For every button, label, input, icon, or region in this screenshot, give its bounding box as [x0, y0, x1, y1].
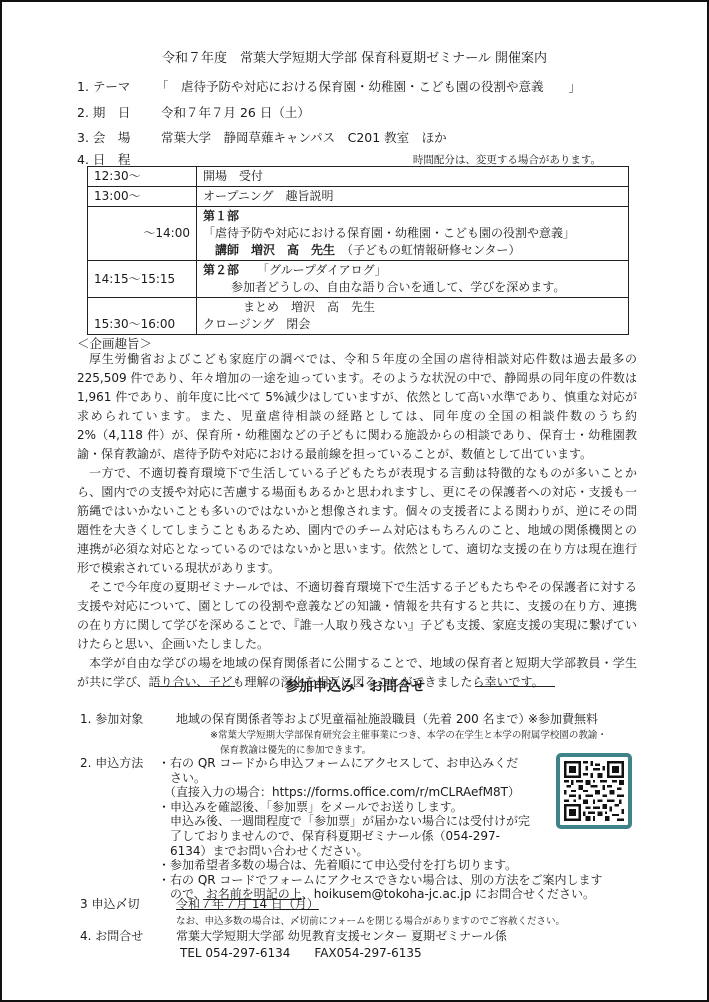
part-2-title: 「グループダイアログ」: [263, 263, 387, 277]
schedule-row-2: 13:00～ オープニング 趣旨説明: [88, 187, 629, 207]
method-line: ・右の QR コードでフォームにアクセスできない場合は、別の方法をご案内します: [158, 873, 602, 888]
method-line-url[interactable]: （直接入力の場合：https://forms.office.com/r/mCLR…: [158, 785, 602, 800]
schedule-time: 12:30～: [88, 167, 197, 187]
qr-code[interactable]: [556, 753, 632, 829]
page-title: 令和７年度 常葉大学短期大学部 保育科夏期ゼミナール 開催案内: [0, 47, 709, 66]
purpose-paragraph: そこで今年度の夏期ゼミナールでは、不適切養育環境下で生活する子どもたちやその保護…: [77, 578, 637, 654]
purpose-paragraph: 一方で、不適切養育環境下で生活している子どもたちが表現する言動は特徴的なものが多…: [77, 464, 637, 578]
method-label: 2. 申込方法: [80, 756, 143, 771]
target-fee: ※参加費無料: [528, 712, 598, 727]
schedule-time: 13:00～: [88, 187, 197, 207]
part-1-lecturer-line: 講師 増沢 高 先生 （子どもの虹情報研修センター）: [203, 242, 622, 259]
purpose-body: 厚生労働省およびこども家庭庁の調べでは、令和５年度の全国の虐待相談対応件数は過去…: [77, 350, 637, 692]
target-value: 地域の保育関係者等および児童福祉施設職員（先着 200 名まで）: [176, 712, 531, 727]
schedule-content: 開場 受付: [197, 167, 629, 187]
schedule-content: 第１部 「虐待予防や対応における保育園・幼稚園・こども園の役割や意義」 講師 増…: [197, 207, 629, 261]
schedule-time: 14:15～15:15: [88, 261, 197, 298]
lecturer-name: 講師 増沢 高 先生: [215, 243, 335, 257]
contact-label: 4. お問合せ: [80, 929, 143, 944]
schedule-row-4: 14:15～15:15 第２部 「グループダイアログ」 参加者どうしの、自由な語…: [88, 261, 629, 298]
method-line: さい。: [158, 771, 602, 786]
schedule-note: 時間配分は、変更する場合があります。: [413, 152, 601, 167]
target-note-1: ※常葉大学短期大学部保育研究会主催事業につき、本学の在学生と本学の附属学校園の教…: [210, 728, 607, 743]
contact-email[interactable]: 、hoikusem@tokoha-jc.ac.jp にお問合せください。: [302, 887, 595, 901]
schedule-row-5: 15:30～16:00 まとめ 増沢 高 先生 クロージング 閉会: [88, 298, 629, 335]
schedule-row-3: ～14:00 第１部 「虐待予防や対応における保育園・幼稚園・こども園の役割や意…: [88, 207, 629, 261]
schedule-row-1: 12:30～ 開場 受付: [88, 167, 629, 187]
date-row: 2. 期 日 令和７年７月 26 日（土）: [77, 103, 310, 121]
closing-line: クロージング 閉会: [203, 316, 622, 333]
application-heading-text: 参加申込み・お問合せ: [285, 676, 425, 696]
part-1-title: 「虐待予防や対応における保育園・幼稚園・こども園の役割や意義」: [203, 225, 622, 242]
part-1-label: 第１部: [203, 208, 622, 225]
application-section-heading: 参加申込み・お問合せ: [155, 676, 555, 696]
contact-phones: TEL 054-297-6134 FAX054-297-6135: [180, 946, 422, 961]
schedule-table: 12:30～ 開場 受付 13:00～ オープニング 趣旨説明 ～14:00 第…: [87, 166, 629, 335]
method-line: ・右の QR コードから申込フォームにアクセスして、お申込みくだ: [158, 756, 602, 771]
target-label: 1. 参加対象: [80, 712, 143, 727]
venue-row: 3. 会 場 常葉大学 静岡草薙キャンパス C201 教室 ほか: [77, 128, 447, 146]
venue-value: 常葉大学 静岡草薙キャンパス C201 教室 ほか: [161, 130, 447, 145]
theme-label: 1. テーマ: [77, 77, 152, 95]
method-line: ・参加希望者多数の場合は、先着順にて申込受付を打ち切ります。: [158, 858, 602, 873]
date-value: 令和７年７月 26 日（土）: [161, 105, 310, 120]
schedule-content: 第２部 「グループダイアログ」 参加者どうしの、自由な語り合いを通して、学びを深…: [197, 261, 629, 298]
deadline-note: なお、申込多数の場合は、〆切前にフォームを閉じる場合がありますのでご容赦ください…: [176, 914, 565, 929]
venue-label: 3. 会 場: [77, 128, 157, 146]
part-2-description: 参加者どうしの、自由な語り合いを通して、学びを深めます。: [203, 279, 622, 296]
method-line: ・申込みを確認後、「参加票」をメールでお送りします。: [158, 800, 602, 815]
heading-rule-left: [155, 686, 235, 687]
method-body: ・右の QR コードから申込フォームにアクセスして、お申込みくだ さい。 （直接…: [158, 756, 602, 902]
part-2-label: 第２部: [203, 263, 239, 277]
schedule-time: ～14:00: [88, 207, 197, 261]
contact-organization: 常葉大学短期大学部 幼児教育支援センター 夏期ゼミナール係: [176, 929, 507, 944]
heading-rule-right: [475, 686, 555, 687]
theme-value: 「 虐待予防や対応における保育園・幼稚園・こども園の役割や意義 」: [156, 79, 581, 94]
schedule-time: 15:30～16:00: [88, 298, 197, 335]
lecturer-org: （子どもの虹情報研修センター）: [347, 243, 521, 257]
method-line: 申込み後、一週間程度で「参加票」が届かない場合には受付けが完: [158, 814, 602, 829]
deadline-label: 3 申込〆切: [80, 897, 139, 912]
theme-row: 1. テーマ 「 虐待予防や対応における保育園・幼稚園・こども園の役割や意義 」: [77, 77, 581, 95]
schedule-content: オープニング 趣旨説明: [197, 187, 629, 207]
deadline-value: 令和７年７月 14 日（月）: [176, 897, 319, 912]
qr-code-icon: [564, 761, 624, 821]
date-label: 2. 期 日: [77, 103, 157, 121]
method-line: 了しておりませんので、保育科夏期ゼミナール係（054-297-: [158, 829, 602, 844]
part-2-header: 第２部 「グループダイアログ」: [203, 262, 622, 279]
schedule-content: まとめ 増沢 高 先生 クロージング 閉会: [197, 298, 629, 335]
method-line: 6134）までお問い合わせください。: [158, 844, 602, 859]
closing-summary: まとめ 増沢 高 先生: [203, 299, 622, 316]
purpose-paragraph: 厚生労働省およびこども家庭庁の調べでは、令和５年度の全国の虐待相談対応件数は過去…: [77, 350, 637, 464]
